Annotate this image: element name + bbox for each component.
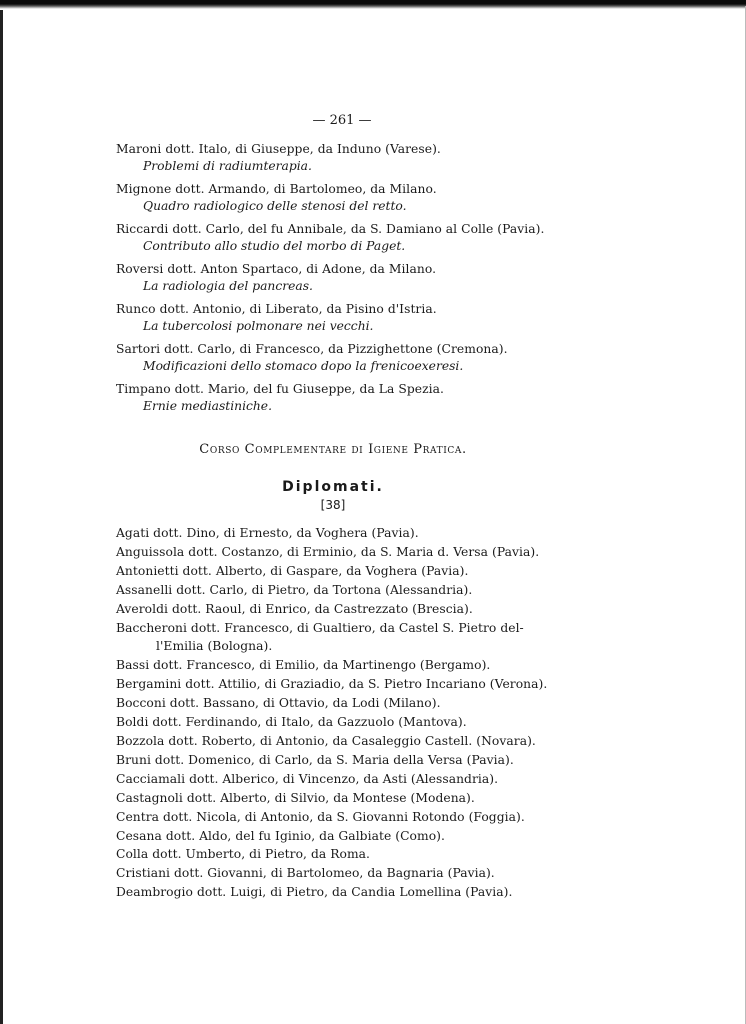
- graduate-name: Riccardi dott. Carlo, del fu Annibale, d…: [116, 221, 556, 238]
- diplomato-entry: Averoldi dott. Raoul, di Enrico, da Cast…: [116, 600, 556, 619]
- diplomato-entry: Bergamini dott. Attilio, di Graziadio, d…: [116, 675, 556, 694]
- graduate-name: Roversi dott. Anton Spartaco, di Adone, …: [116, 261, 556, 278]
- diplomato-text: Centra dott. Nicola, di Antonio, da S. G…: [116, 810, 525, 824]
- thesis-entry: Roversi dott. Anton Spartaco, di Adone, …: [116, 261, 556, 295]
- graduate-name: Mignone dott. Armando, di Bartolomeo, da…: [116, 181, 556, 198]
- diplomato-entry: Cacciamali dott. Alberico, di Vincenzo, …: [116, 770, 556, 789]
- thesis-title: Ernie mediastiniche.: [116, 398, 556, 415]
- diplomato-entry: Agati dott. Dino, di Ernesto, da Voghera…: [116, 524, 556, 543]
- thesis-title: Quadro radiologico delle stenosi del ret…: [116, 198, 556, 215]
- thesis-entry: Sartori dott. Carlo, di Francesco, da Pi…: [116, 341, 556, 375]
- diplomato-text: Antonietti dott. Alberto, di Gaspare, da…: [116, 564, 468, 578]
- diplomato-text: Bozzola dott. Roberto, di Antonio, da Ca…: [116, 734, 536, 748]
- diplomato-entry: Antonietti dott. Alberto, di Gaspare, da…: [116, 562, 556, 581]
- thesis-entry: Mignone dott. Armando, di Bartolomeo, da…: [116, 181, 556, 215]
- diplomato-entry: Cristiani dott. Giovanni, di Bartolomeo,…: [116, 864, 556, 883]
- diplomato-text: Anguissola dott. Costanzo, di Erminio, d…: [116, 545, 539, 559]
- thesis-entry-list: Maroni dott. Italo, di Giuseppe, da Indu…: [116, 141, 556, 421]
- thesis-entry: Maroni dott. Italo, di Giuseppe, da Indu…: [116, 141, 556, 175]
- diplomato-entry: Anguissola dott. Costanzo, di Erminio, d…: [116, 543, 556, 562]
- diplomato-entry: Bocconi dott. Bassano, di Ottavio, da Lo…: [116, 694, 556, 713]
- section-subtitle: Diplomati.: [0, 479, 666, 495]
- graduate-name: Timpano dott. Mario, del fu Giuseppe, da…: [116, 381, 556, 398]
- diplomato-text: Cristiani dott. Giovanni, di Bartolomeo,…: [116, 866, 495, 880]
- diplomato-entry: Centra dott. Nicola, di Antonio, da S. G…: [116, 808, 556, 827]
- diplomato-text: Averoldi dott. Raoul, di Enrico, da Cast…: [116, 602, 473, 616]
- diplomato-entry: Castagnoli dott. Alberto, di Silvio, da …: [116, 789, 556, 808]
- thesis-entry: Timpano dott. Mario, del fu Giuseppe, da…: [116, 381, 556, 415]
- thesis-entry: Riccardi dott. Carlo, del fu Annibale, d…: [116, 221, 556, 255]
- thesis-title: La radiologia del pancreas.: [116, 278, 556, 295]
- scan-edge-top: [0, 0, 746, 9]
- diplomato-text-continuation: l'Emilia (Bologna).: [116, 637, 556, 656]
- diplomati-list: Agati dott. Dino, di Ernesto, da Voghera…: [116, 524, 556, 902]
- diplomato-text: Baccheroni dott. Francesco, di Gualtiero…: [116, 621, 524, 635]
- diplomato-text: Castagnoli dott. Alberto, di Silvio, da …: [116, 791, 475, 805]
- diplomato-text: Cesana dott. Aldo, del fu Iginio, da Gal…: [116, 829, 445, 843]
- diplomato-entry: Baccheroni dott. Francesco, di Gualtiero…: [116, 619, 556, 657]
- diplomato-entry: Bruni dott. Domenico, di Carlo, da S. Ma…: [116, 751, 556, 770]
- graduate-count: [38]: [0, 498, 666, 512]
- diplomato-text: Colla dott. Umberto, di Pietro, da Roma.: [116, 847, 370, 861]
- diplomato-entry: Assanelli dott. Carlo, di Pietro, da Tor…: [116, 581, 556, 600]
- diplomato-entry: Bassi dott. Francesco, di Emilio, da Mar…: [116, 656, 556, 675]
- section-title: Corso Complementare di Igiene Pratica.: [0, 442, 666, 457]
- diplomato-text: Boldi dott. Ferdinando, di Italo, da Gaz…: [116, 715, 467, 729]
- thesis-title: Problemi di radiumterapia.: [116, 158, 556, 175]
- thesis-entry: Runco dott. Antonio, di Liberato, da Pis…: [116, 301, 556, 335]
- graduate-name: Sartori dott. Carlo, di Francesco, da Pi…: [116, 341, 556, 358]
- diplomato-entry: Cesana dott. Aldo, del fu Iginio, da Gal…: [116, 827, 556, 846]
- thesis-title: Modificazioni dello stomaco dopo la fren…: [116, 358, 556, 375]
- diplomato-text: Bruni dott. Domenico, di Carlo, da S. Ma…: [116, 753, 514, 767]
- diplomato-text: Bassi dott. Francesco, di Emilio, da Mar…: [116, 658, 490, 672]
- page-number: — 261 —: [0, 113, 684, 128]
- diplomato-text: Bocconi dott. Bassano, di Ottavio, da Lo…: [116, 696, 441, 710]
- thesis-title: La tubercolosi polmonare nei vecchi.: [116, 318, 556, 335]
- diplomato-entry: Colla dott. Umberto, di Pietro, da Roma.: [116, 845, 556, 864]
- diplomato-text: Bergamini dott. Attilio, di Graziadio, d…: [116, 677, 547, 691]
- diplomato-text: Deambrogio dott. Luigi, di Pietro, da Ca…: [116, 885, 512, 899]
- diplomato-entry: Boldi dott. Ferdinando, di Italo, da Gaz…: [116, 713, 556, 732]
- diplomato-entry: Bozzola dott. Roberto, di Antonio, da Ca…: [116, 732, 556, 751]
- diplomato-text: Agati dott. Dino, di Ernesto, da Voghera…: [116, 526, 419, 540]
- diplomato-entry: Deambrogio dott. Luigi, di Pietro, da Ca…: [116, 883, 556, 902]
- diplomato-text: Cacciamali dott. Alberico, di Vincenzo, …: [116, 772, 498, 786]
- thesis-title: Contributo allo studio del morbo di Page…: [116, 238, 556, 255]
- graduate-name: Maroni dott. Italo, di Giuseppe, da Indu…: [116, 141, 556, 158]
- diplomato-text: Assanelli dott. Carlo, di Pietro, da Tor…: [116, 583, 472, 597]
- scan-edge-left: [0, 10, 3, 1024]
- graduate-name: Runco dott. Antonio, di Liberato, da Pis…: [116, 301, 556, 318]
